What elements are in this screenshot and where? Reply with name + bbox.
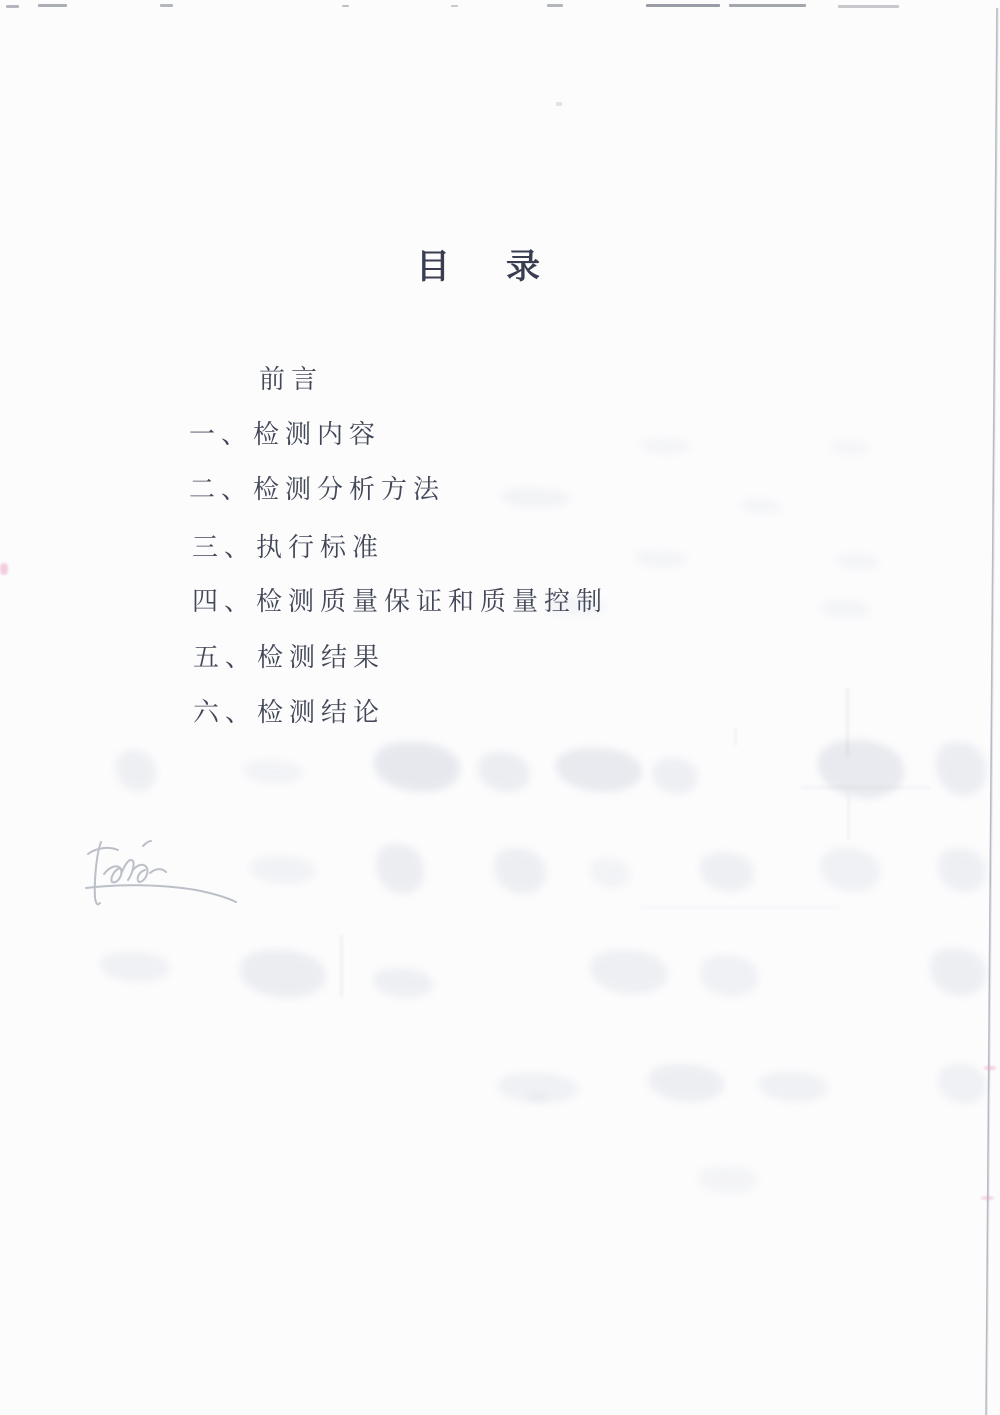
bleed-through-artifact bbox=[740, 498, 782, 514]
bleed-through-artifact bbox=[652, 758, 698, 794]
bleed-through-line bbox=[846, 688, 849, 758]
bleed-through-artifact bbox=[640, 438, 690, 454]
bleed-through-artifact bbox=[698, 1166, 758, 1194]
bleed-through-artifact bbox=[243, 760, 303, 784]
bleed-through-artifact bbox=[116, 750, 156, 792]
bleed-through-artifact bbox=[830, 440, 870, 455]
bleed-through-artifact bbox=[936, 742, 986, 796]
bleed-through-artifact bbox=[528, 1094, 548, 1101]
toc-item-1: 一、检测内容 bbox=[189, 419, 381, 450]
bleed-through-artifact bbox=[635, 550, 687, 568]
bleed-through-artifact bbox=[758, 1072, 828, 1102]
scan-artifact-dash bbox=[729, 4, 806, 7]
bleed-through-artifact bbox=[478, 752, 530, 792]
bleed-through-artifact bbox=[700, 852, 754, 892]
bleed-through-artifact bbox=[494, 848, 546, 894]
toc-item-3: 三、执行标准 bbox=[192, 532, 384, 563]
title-char: 目 bbox=[416, 251, 450, 285]
pink-mark bbox=[0, 563, 8, 575]
scan-artifact-dash bbox=[160, 4, 173, 7]
bleed-through-artifact bbox=[556, 748, 642, 792]
scan-artifact-dash bbox=[646, 4, 720, 7]
bleed-through-artifact bbox=[373, 968, 433, 998]
bleed-through-artifact bbox=[240, 950, 326, 998]
bleed-through-line bbox=[800, 786, 930, 789]
bleed-through-artifact bbox=[835, 554, 879, 570]
scan-artifact-dash bbox=[838, 5, 899, 8]
bleed-through-line bbox=[847, 795, 850, 840]
scan-artifact-dash bbox=[6, 5, 19, 8]
bleed-through-line bbox=[640, 906, 840, 909]
pink-mark bbox=[981, 1196, 994, 1200]
scan-artifact-dash bbox=[342, 5, 349, 7]
scanned-page: 目 录 前言 一、检测内容 二、检测分析方法 三、执行标准 四、检测质量保证和质… bbox=[0, 0, 1000, 1415]
bleed-through-artifact bbox=[930, 948, 986, 996]
bleed-through-artifact bbox=[590, 950, 668, 994]
bleed-through-artifact bbox=[374, 742, 460, 792]
toc-item-preface: 前言 bbox=[259, 364, 323, 395]
scan-artifact-dash bbox=[451, 5, 458, 7]
title-char: 录 bbox=[506, 251, 540, 285]
bleed-through-artifact bbox=[500, 488, 570, 508]
bleed-through-artifact bbox=[376, 844, 424, 894]
bleed-through-artifact bbox=[818, 740, 904, 798]
bleed-through-artifact bbox=[590, 858, 630, 888]
bleed-through-artifact bbox=[250, 856, 316, 884]
bleed-through-artifact bbox=[648, 1064, 724, 1102]
bleed-through-artifact bbox=[100, 952, 170, 982]
handwritten-scribble bbox=[0, 0, 1000, 1415]
page-edge-line bbox=[0, 0, 1000, 1415]
scan-artifact-dash bbox=[556, 102, 562, 106]
toc-item-5: 五、检测结果 bbox=[193, 642, 385, 673]
bleed-through-artifact bbox=[820, 600, 870, 618]
bleed-through-line bbox=[734, 728, 737, 746]
scan-artifact-dash bbox=[38, 4, 67, 7]
pink-mark bbox=[984, 1066, 996, 1070]
bleed-through-artifact bbox=[938, 1064, 986, 1104]
bleed-through-artifact bbox=[938, 848, 986, 892]
toc-item-6: 六、检测结论 bbox=[193, 697, 385, 728]
page-title: 目 录 bbox=[416, 251, 540, 285]
bleed-through-line bbox=[340, 935, 343, 997]
scan-artifact-dash bbox=[547, 4, 563, 7]
toc-item-2: 二、检测分析方法 bbox=[189, 474, 445, 505]
bleed-through-artifact bbox=[700, 955, 758, 997]
bleed-through-artifact bbox=[820, 848, 880, 892]
